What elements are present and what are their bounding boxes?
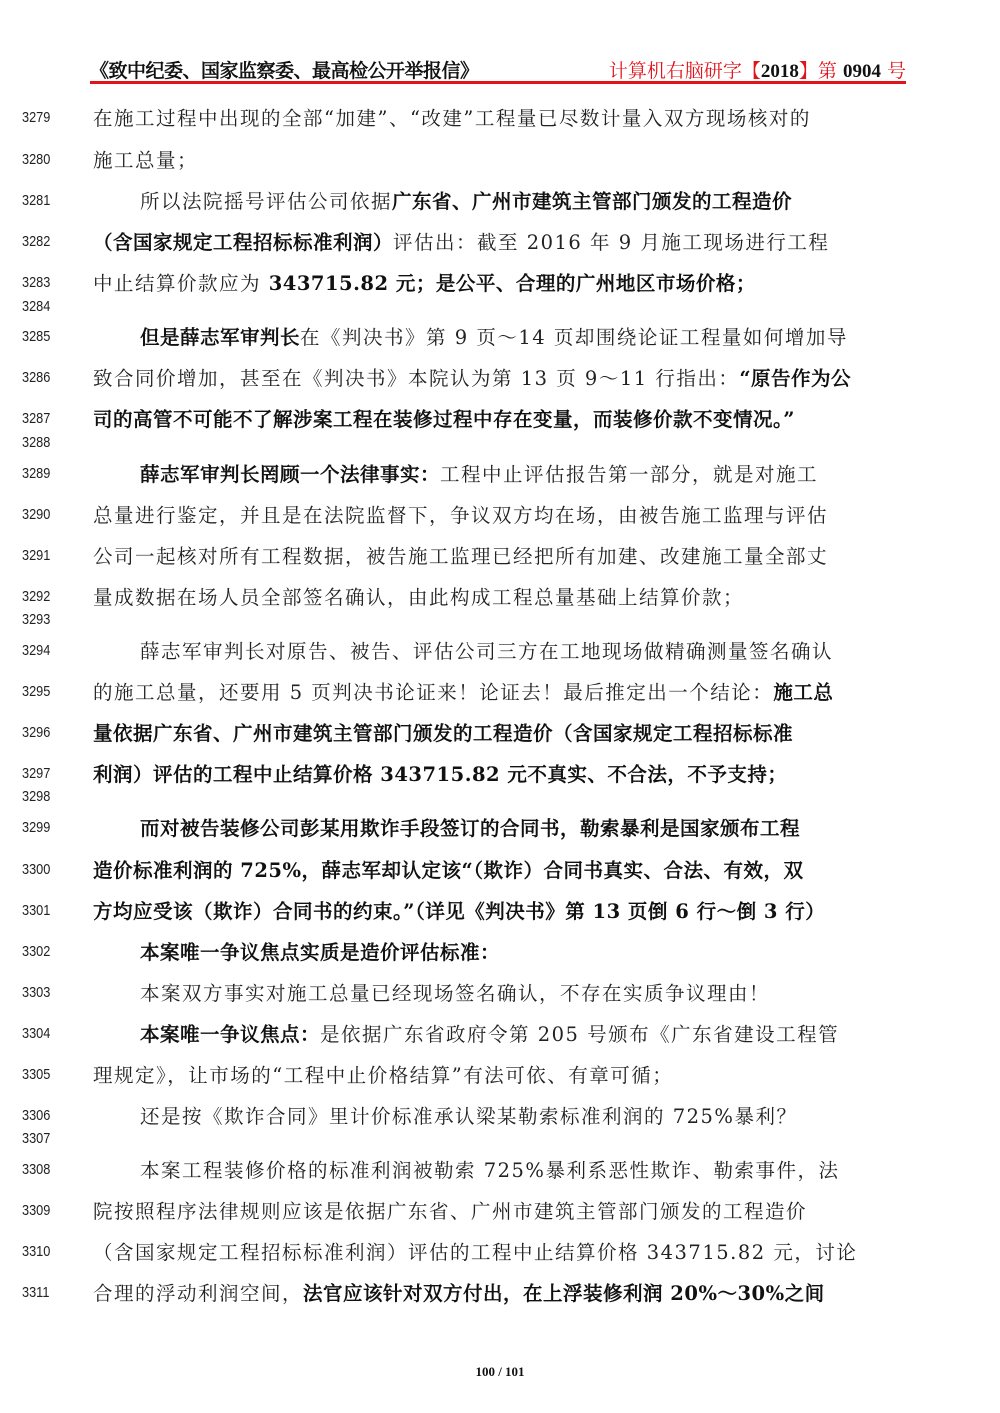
line-number: 3285 <box>22 328 65 345</box>
text-run: 合理的浮动利润空间， <box>93 1282 303 1305</box>
text-run: 公司一起核对所有工程数据，被告施工监理已经把所有加建、改建施工量全部丈 <box>93 545 828 568</box>
line-number: 3283 <box>22 274 65 291</box>
line-number: 3300 <box>22 861 65 878</box>
text-run: 所以法院摇号评估公司依据 <box>140 190 392 213</box>
reference-number: 0904 <box>843 61 881 82</box>
document-line: 3279在施工过程中出现的全部“加建”、“改建”工程量已尽数计量入双方现场核对的 <box>0 103 1000 133</box>
bold-text: 薛志军审判长罔顾一个法律事实： <box>140 463 440 486</box>
document-line: 3285但是薛志军审判长在《判决书》第 9 页～14 页却围绕论证工程量如何增加… <box>0 322 1000 352</box>
reference-mid: 】第 <box>799 60 843 82</box>
line-text: 利润）评估的工程中止结算价格 343715.82 元不真实、不合法，不予支持； <box>93 759 908 787</box>
line-number: 3296 <box>22 724 65 741</box>
page-header: 《致中纪委、国家监察委、最高检公开举报信》 计算机右脑研字【2018】第 090… <box>90 56 906 80</box>
bold-text: 法官应该针对双方付出，在上浮装修利润 20%～30%之间 <box>303 1282 825 1305</box>
line-text: 薛志军审判长罔顾一个法律事实：工程中止评估报告第一部分，就是对施工 <box>140 459 955 487</box>
line-text: 理规定》，让市场的“工程中止价格结算”有法可依、有章可循； <box>93 1060 908 1088</box>
text-run: 在《判决书》第 9 页～14 页却围绕论证工程量如何增加导 <box>300 326 848 349</box>
text-run: 本案工程装修价格的标准利润被勒索 725%暴利系恶性欺诈、勒索事件，法 <box>140 1159 839 1182</box>
line-number: 3306 <box>22 1107 65 1124</box>
line-number: 3297 <box>22 765 65 782</box>
line-text: 而对被告装修公司彭某用欺诈手段签订的合同书，勒索暴利是国家颁布工程 <box>140 813 955 841</box>
bold-text: 司的高管不可能不了解涉案工程在装修过程中存在变量，而装修价款不变情况。” <box>93 408 795 431</box>
bold-text: 量依据广东省、广州市建筑主管部门颁发的工程造价（含国家规定工程招标标准 <box>93 722 793 745</box>
text-run: 院按照程序法律规则应该是依据广东省、广州市建筑主管部门颁发的工程造价 <box>93 1200 807 1223</box>
line-text: 本案唯一争议焦点实质是造价评估标准： <box>140 937 955 965</box>
reference-year: 2018 <box>761 61 799 82</box>
document-line: 3299而对被告装修公司彭某用欺诈手段签订的合同书，勒索暴利是国家颁布工程 <box>0 813 1000 843</box>
text-run: 是依据广东省政府令第 205 号颁布《广东省建设工程管 <box>320 1023 839 1046</box>
document-line: 3303本案双方事实对施工总量已经现场签名确认，不存在实质争议理由！ <box>0 978 1000 1008</box>
bold-text: 造价标准利润的 725%，薛志军却认定该“（欺诈）合同书真实、合法、有效，双 <box>93 859 804 882</box>
bold-text: 施工总 <box>773 681 833 704</box>
text-run: （含国家规定工程招标标准利润）评估的工程中止结算价格 343715.82 元，讨… <box>93 1241 857 1264</box>
reference-suffix: 号 <box>881 60 906 82</box>
bold-text: 方均应受该（欺诈）合同书的约束。”（详见《判决书》第 13 页倒 6 行～倒 3… <box>93 900 825 923</box>
line-number: 3293 <box>22 611 65 628</box>
document-line: 3289薛志军审判长罔顾一个法律事实：工程中止评估报告第一部分，就是对施工 <box>0 459 1000 489</box>
line-number: 3304 <box>22 1025 65 1042</box>
text-run: 还是按《欺诈合同》里计价标准承认梁某勒索标准利润的 725%暴利？ <box>140 1105 797 1128</box>
line-text: 中止结算价款应为 343715.82 元；是公平、合理的广州地区市场价格； <box>93 268 908 296</box>
line-text: 合理的浮动利润空间，法官应该针对双方付出，在上浮装修利润 20%～30%之间 <box>93 1278 908 1306</box>
line-text: 致合同价增加，甚至在《判决书》本院认为第 13 页 9～11 行指出：“原告作为… <box>93 363 908 391</box>
document-line: 3311合理的浮动利润空间，法官应该针对双方付出，在上浮装修利润 20%～30%… <box>0 1278 1000 1308</box>
line-text: （含国家规定工程招标标准利润）评估的工程中止结算价格 343715.82 元，讨… <box>93 1237 908 1265</box>
line-text: 公司一起核对所有工程数据，被告施工监理已经把所有加建、改建施工量全部丈 <box>93 541 908 569</box>
line-number: 3299 <box>22 819 65 836</box>
document-line: 3309院按照程序法律规则应该是依据广东省、广州市建筑主管部门颁发的工程造价 <box>0 1196 1000 1226</box>
text-run: 工程中止评估报告第一部分，就是对施工 <box>440 463 818 486</box>
line-number: 3310 <box>22 1243 65 1260</box>
line-text: 施工总量； <box>93 145 908 173</box>
bold-text: 而对被告装修公司彭某用欺诈手段签订的合同书，勒索暴利是国家颁布工程 <box>140 817 800 840</box>
line-text: 薛志军审判长对原告、被告、评估公司三方在工地现场做精确测量签名确认 <box>140 636 955 664</box>
text-run: 理规定》，让市场的“工程中止价格结算”有法可依、有章可循； <box>93 1064 673 1087</box>
document-line: 3286致合同价增加，甚至在《判决书》本院认为第 13 页 9～11 行指出：“… <box>0 363 1000 393</box>
line-text: 本案唯一争议焦点：是依据广东省政府令第 205 号颁布《广东省建设工程管 <box>140 1019 955 1047</box>
text-run: 中止结算价款应为 <box>93 272 269 295</box>
page-number: 100 / 101 <box>0 1364 1000 1380</box>
text-run: 施工总量； <box>93 149 198 172</box>
document-line: 3300造价标准利润的 725%，薛志军却认定该“（欺诈）合同书真实、合法、有效… <box>0 855 1000 885</box>
text-run: 量成数据在场人员全部签名确认，由此构成工程总量基础上结算价款； <box>93 586 744 609</box>
bold-text: 343715.82 <box>269 272 389 295</box>
document-line: 3294薛志军审判长对原告、被告、评估公司三方在工地现场做精确测量签名确认 <box>0 636 1000 666</box>
line-number: 3284 <box>22 298 65 315</box>
line-text: 在施工过程中出现的全部“加建”、“改建”工程量已尽数计量入双方现场核对的 <box>93 103 908 131</box>
text-run: 在施工过程中出现的全部“加建”、“改建”工程量已尽数计量入双方现场核对的 <box>93 107 811 130</box>
line-number: 3282 <box>22 233 65 250</box>
line-number: 3295 <box>22 683 65 700</box>
line-number: 3302 <box>22 943 65 960</box>
document-line: 3308本案工程装修价格的标准利润被勒索 725%暴利系恶性欺诈、勒索事件，法 <box>0 1155 1000 1185</box>
line-number: 3286 <box>22 369 65 386</box>
line-number: 3309 <box>22 1202 65 1219</box>
line-text: 院按照程序法律规则应该是依据广东省、广州市建筑主管部门颁发的工程造价 <box>93 1196 908 1224</box>
line-number: 3288 <box>22 434 65 451</box>
text-run: 总量进行鉴定，并且是在法院监督下，争议双方均在场，由被告施工监理与评估 <box>93 504 828 527</box>
document-line: 3280施工总量； <box>0 145 1000 175</box>
line-text: 司的高管不可能不了解涉案工程在装修过程中存在变量，而装修价款不变情况。” <box>93 404 908 432</box>
line-text: （含国家规定工程招标标准利润）评估出：截至 2016 年 9 月施工现场进行工程 <box>93 227 908 255</box>
line-text: 本案工程装修价格的标准利润被勒索 725%暴利系恶性欺诈、勒索事件，法 <box>140 1155 955 1183</box>
line-text: 但是薛志军审判长在《判决书》第 9 页～14 页却围绕论证工程量如何增加导 <box>140 322 955 350</box>
document-line: 3296量依据广东省、广州市建筑主管部门颁发的工程造价（含国家规定工程招标标准 <box>0 718 1000 748</box>
text-run: 致合同价增加，甚至在《判决书》本院认为第 13 页 9～11 行指出： <box>93 367 739 390</box>
line-text: 还是按《欺诈合同》里计价标准承认梁某勒索标准利润的 725%暴利？ <box>140 1101 955 1129</box>
line-number: 3308 <box>22 1161 65 1178</box>
text-run: 评估出：截至 2016 年 9 月施工现场进行工程 <box>393 231 829 254</box>
document-line: 3283中止结算价款应为 343715.82 元；是公平、合理的广州地区市场价格… <box>0 268 1000 298</box>
line-number: 3280 <box>22 151 65 168</box>
line-number: 3301 <box>22 902 65 919</box>
line-text: 量依据广东省、广州市建筑主管部门颁发的工程造价（含国家规定工程招标标准 <box>93 718 908 746</box>
line-number: 3307 <box>22 1130 65 1147</box>
bold-text: 本案唯一争议焦点实质是造价评估标准： <box>140 941 500 964</box>
text-run: 薛志军审判长对原告、被告、评估公司三方在工地现场做精确测量签名确认 <box>140 640 833 663</box>
document-line: 3287司的高管不可能不了解涉案工程在装修过程中存在变量，而装修价款不变情况。” <box>0 404 1000 434</box>
document-reference: 计算机右脑研字【2018】第 0904 号 <box>609 56 906 83</box>
document-line: 3301方均应受该（欺诈）合同书的约束。”（详见《判决书》第 13 页倒 6 行… <box>0 896 1000 926</box>
line-text: 方均应受该（欺诈）合同书的约束。”（详见《判决书》第 13 页倒 6 行～倒 3… <box>93 896 908 924</box>
line-text: 的施工总量，还要用 5 页判决书论证来！论证去！最后推定出一个结论：施工总 <box>93 677 908 705</box>
bold-text: 本案唯一争议焦点： <box>140 1023 320 1046</box>
line-number: 3294 <box>22 642 65 659</box>
line-number: 3290 <box>22 506 65 523</box>
bold-text: 利润）评估的工程中止结算价格 343715.82 元不真实、不合法，不予支持； <box>93 763 787 786</box>
line-number: 3305 <box>22 1066 65 1083</box>
document-line: 3305理规定》，让市场的“工程中止价格结算”有法可依、有章可循； <box>0 1060 1000 1090</box>
line-number: 3279 <box>22 109 65 126</box>
document-line: 3281所以法院摇号评估公司依据广东省、广州市建筑主管部门颁发的工程造价 <box>0 186 1000 216</box>
line-text: 量成数据在场人员全部签名确认，由此构成工程总量基础上结算价款； <box>93 582 908 610</box>
document-line: 3295的施工总量，还要用 5 页判决书论证来！论证去！最后推定出一个结论：施工… <box>0 677 1000 707</box>
line-text: 总量进行鉴定，并且是在法院监督下，争议双方均在场，由被告施工监理与评估 <box>93 500 908 528</box>
reference-prefix: 计算机右脑研字【 <box>609 60 761 82</box>
line-text: 造价标准利润的 725%，薛志军却认定该“（欺诈）合同书真实、合法、有效，双 <box>93 855 908 883</box>
bold-text: “原告作为公 <box>739 367 851 390</box>
document-line: 3292量成数据在场人员全部签名确认，由此构成工程总量基础上结算价款； <box>0 582 1000 612</box>
document-line: 3297利润）评估的工程中止结算价格 343715.82 元不真实、不合法，不予… <box>0 759 1000 789</box>
line-text: 所以法院摇号评估公司依据广东省、广州市建筑主管部门颁发的工程造价 <box>140 186 955 214</box>
document-line: 3282（含国家规定工程招标标准利润）评估出：截至 2016 年 9 月施工现场… <box>0 227 1000 257</box>
line-text: 本案双方事实对施工总量已经现场签名确认，不存在实质争议理由！ <box>140 978 955 1006</box>
line-number: 3303 <box>22 984 65 1001</box>
line-number: 3291 <box>22 547 65 564</box>
bold-text: 元；是公平、合理的广州地区市场价格； <box>389 272 756 295</box>
bold-text: （含国家规定工程招标标准利润） <box>93 231 393 254</box>
document-line: 3290总量进行鉴定，并且是在法院监督下，争议双方均在场，由被告施工监理与评估 <box>0 500 1000 530</box>
document-line: 3304本案唯一争议焦点：是依据广东省政府令第 205 号颁布《广东省建设工程管 <box>0 1019 1000 1049</box>
text-run: 的施工总量，还要用 5 页判决书论证来！论证去！最后推定出一个结论： <box>93 681 773 704</box>
document-title: 《致中纪委、国家监察委、最高检公开举报信》 <box>90 56 479 83</box>
line-number: 3281 <box>22 192 65 209</box>
header-rule <box>90 81 906 84</box>
line-number: 3311 <box>22 1284 65 1301</box>
line-number: 3287 <box>22 410 65 427</box>
document-line: 3302本案唯一争议焦点实质是造价评估标准： <box>0 937 1000 967</box>
document-line: 3291公司一起核对所有工程数据，被告施工监理已经把所有加建、改建施工量全部丈 <box>0 541 1000 571</box>
line-number: 3289 <box>22 465 65 482</box>
text-run: 本案双方事实对施工总量已经现场签名确认，不存在实质争议理由！ <box>140 982 770 1005</box>
line-number: 3298 <box>22 788 65 805</box>
document-line: 3306还是按《欺诈合同》里计价标准承认梁某勒索标准利润的 725%暴利？ <box>0 1101 1000 1131</box>
bold-text: 但是薛志军审判长 <box>140 326 300 349</box>
bold-text: 广东省、广州市建筑主管部门颁发的工程造价 <box>392 190 792 213</box>
line-number: 3292 <box>22 588 65 605</box>
document-line: 3310（含国家规定工程招标标准利润）评估的工程中止结算价格 343715.82… <box>0 1237 1000 1267</box>
